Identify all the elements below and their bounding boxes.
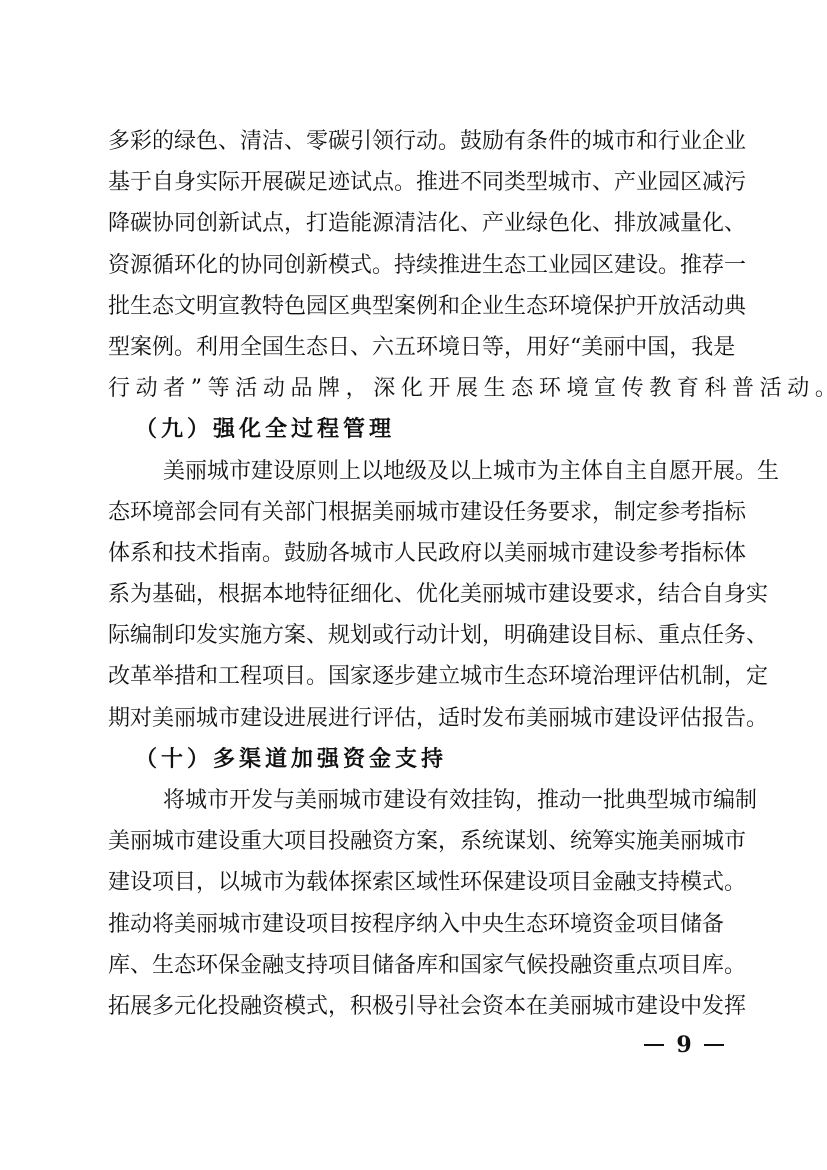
- paragraph-line: 基于自身实际开展碳足迹试点。推进不同类型城市、产业园区减污: [108, 162, 720, 203]
- body-text: 多彩的绿色、清洁、零碳引领行动。鼓励有条件的城市和行业企业 基于自身实际开展碳足…: [108, 121, 720, 1027]
- document-page: 多彩的绿色、清洁、零碳引领行动。鼓励有条件的城市和行业企业 基于自身实际开展碳足…: [0, 0, 827, 1170]
- paragraph-line: 际编制印发实施方案、规划或行动计划，明确建设目标、重点任务、: [108, 615, 720, 656]
- paragraph-line: 推动将美丽城市建设项目按程序纳入中央生态环境资金项目储备: [108, 904, 720, 945]
- paragraph-line: 体系和技术指南。鼓励各城市人民政府以美丽城市建设参考指标体: [108, 533, 720, 574]
- paragraph-line: 批生态文明宣教特色园区典型案例和企业生态环境保护开放活动典: [108, 286, 720, 327]
- paragraph-line: 型案例。利用全国生态日、六五环境日等，用好“美丽中国，我是: [108, 327, 720, 368]
- page-number-value: 9: [676, 1032, 691, 1058]
- paragraph-line: 行动者”等活动品牌，深化开展生态环境宣传教育科普活动。: [108, 368, 720, 409]
- paragraph-line: 美丽城市建设重大项目投融资方案，系统谋划、统筹实施美丽城市: [108, 821, 720, 862]
- dash-right: [704, 1044, 724, 1046]
- paragraph-line: 拓展多元化投融资模式，积极引导社会资本在美丽城市建设中发挥: [108, 986, 720, 1027]
- dash-left: [644, 1044, 664, 1046]
- section-heading-9: （九）强化全过程管理: [108, 409, 720, 450]
- paragraph-line: 资源循环化的协同创新模式。持续推进生态工业园区建设。推荐一: [108, 245, 720, 286]
- section-heading-10: （十）多渠道加强资金支持: [108, 739, 720, 780]
- paragraph-line: 美丽城市建设原则上以地级及以上城市为主体自主自愿开展。生: [108, 451, 720, 492]
- paragraph-line: 期对美丽城市建设进展进行评估，适时发布美丽城市建设评估报告。: [108, 698, 720, 739]
- paragraph-line: 建设项目，以城市为载体探索区域性环保建设项目金融支持模式。: [108, 862, 720, 903]
- paragraph-line: 态环境部会同有关部门根据美丽城市建设任务要求，制定参考指标: [108, 492, 720, 533]
- paragraph-line: 多彩的绿色、清洁、零碳引领行动。鼓励有条件的城市和行业企业: [108, 121, 720, 162]
- paragraph-line: 将城市开发与美丽城市建设有效挂钩，推动一批典型城市编制: [108, 780, 720, 821]
- paragraph-line: 改革举措和工程项目。国家逐步建立城市生态环境治理评估机制，定: [108, 656, 720, 697]
- paragraph-line: 库、生态环保金融支持项目储备库和国家气候投融资重点项目库。: [108, 945, 720, 986]
- paragraph-line: 系为基础，根据本地特征细化、优化美丽城市建设要求，结合自身实: [108, 574, 720, 615]
- page-number: 9: [644, 1032, 724, 1058]
- paragraph-line: 降碳协同创新试点，打造能源清洁化、产业绿色化、排放减量化、: [108, 203, 720, 244]
